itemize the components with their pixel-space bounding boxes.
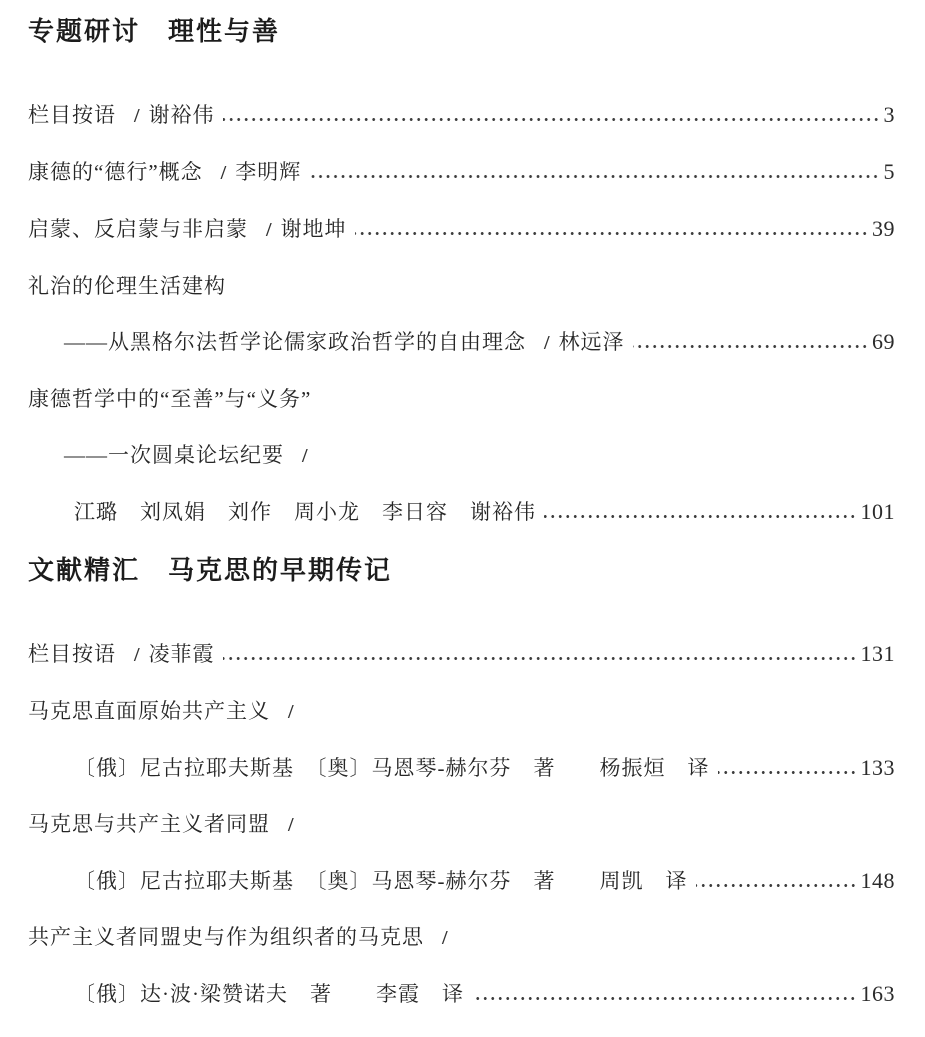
author-separator: / [288,810,294,840]
entry-subtitle: ——从黑格尔法哲学论儒家政治哲学的自由理念 [64,327,526,357]
entry-page: 3 [884,100,896,130]
author-separator: / [266,215,272,245]
author-separator: / [544,328,550,358]
author-separator: / [221,158,227,188]
entry-title: 康德的“德行”概念 [28,157,203,187]
dotted-leader [309,174,879,179]
entry-author: 凌菲霞 [149,639,215,669]
author-separator: / [288,697,294,727]
entry-title: 共产主义者同盟史与作为组织者的马克思 [28,922,424,952]
toc-entry: 礼治的伦理生活建构 [28,271,895,301]
entry-author: 谢地坤 [281,214,347,244]
dotted-leader [696,883,857,888]
toc-entry-authors: 〔俄〕尼古拉耶夫斯基 〔奥〕马恩琴-赫尔芬 著 周凯 译 148 [28,866,895,896]
entry-title: 礼治的伦理生活建构 [28,271,226,301]
entry-title: 启蒙、反启蒙与非启蒙 [28,214,248,244]
entry-page: 131 [861,639,896,669]
entry-title: 栏目按语 [28,639,116,669]
entry-author: 李明辉 [235,157,301,187]
section-heading-label: 专题研讨 [28,17,140,46]
entry-title: 马克思直面原始共产主义 [28,696,270,726]
entry-page: 39 [872,214,895,244]
toc-entry-authors: 江璐 刘凤娟 刘作 周小龙 李日容 谢裕伟 101 [28,497,895,527]
toc-entry-continuation: ——从黑格尔法哲学论儒家政治哲学的自由理念 / 林远泽 69 [28,327,895,358]
entry-subtitle: ——一次圆桌论坛纪要 [64,440,284,470]
toc-entry: 康德的“德行”概念 / 李明辉 5 [28,157,895,188]
toc-entry-authors: 〔俄〕达·波·梁赞诺夫 著 李霞 译 163 [28,979,895,1009]
toc-page: 专题研讨理性与善 栏目按语 / 谢裕伟 3 康德的“德行”概念 / 李明辉 5 … [0,0,925,1037]
toc-section-special-topic: 专题研讨理性与善 栏目按语 / 谢裕伟 3 康德的“德行”概念 / 李明辉 5 … [28,14,895,527]
toc-entry: 启蒙、反启蒙与非启蒙 / 谢地坤 39 [28,214,895,245]
entry-page: 163 [861,979,896,1009]
section-heading-title: 马克思的早期传记 [168,556,392,585]
entry-title: 栏目按语 [28,100,116,130]
dotted-leader [223,656,857,661]
entry-page: 69 [872,327,895,357]
toc-entry-continuation: ——一次圆桌论坛纪要 / [28,440,895,471]
author-separator: / [134,101,140,131]
dotted-leader [472,996,857,1001]
section-heading: 文献精汇马克思的早期传记 [28,553,895,589]
entry-title: 马克思与共产主义者同盟 [28,809,270,839]
toc-entry-authors: 〔俄〕尼古拉耶夫斯基 〔奥〕马恩琴-赫尔芬 著 杨振烜 译 133 [28,753,895,783]
entry-author: 谢裕伟 [149,100,215,130]
toc-entry: 马克思直面原始共产主义 / [28,696,895,727]
author-separator: / [134,640,140,670]
toc-entry: 马克思与共产主义者同盟 / [28,809,895,840]
entry-title: 康德哲学中的“至善”与“义务” [28,384,311,414]
section-heading: 专题研讨理性与善 [28,14,895,50]
entry-page: 133 [861,753,896,783]
author-separator: / [442,923,448,953]
entry-author: 林远泽 [559,327,625,357]
dotted-leader [718,770,857,775]
author-separator: / [302,441,308,471]
entry-page: 148 [861,866,896,896]
toc-section-documents: 文献精汇马克思的早期传记 栏目按语 / 凌菲霞 131 马克思直面原始共产主义 … [28,553,895,1009]
section-heading-label: 文献精汇 [28,556,140,585]
entry-page: 5 [884,157,896,187]
toc-entry: 栏目按语 / 谢裕伟 3 [28,100,895,131]
toc-entry: 栏目按语 / 凌菲霞 131 [28,639,895,670]
section-heading-title: 理性与善 [168,17,280,46]
dotted-leader [633,344,868,349]
toc-entry: 共产主义者同盟史与作为组织者的马克思 / [28,922,895,953]
entry-page: 101 [861,497,896,527]
entry-author-list: 〔俄〕尼古拉耶夫斯基 〔奥〕马恩琴-赫尔芬 著 杨振烜 译 [74,753,710,783]
dotted-leader [544,514,857,519]
entry-author-list: 〔俄〕达·波·梁赞诺夫 著 李霞 译 [74,979,464,1009]
toc-entry: 康德哲学中的“至善”与“义务” [28,384,895,414]
dotted-leader [355,231,868,236]
dotted-leader [223,117,880,122]
entry-author-list: 江璐 刘凤娟 刘作 周小龙 李日容 谢裕伟 [74,497,536,527]
entry-author-list: 〔俄〕尼古拉耶夫斯基 〔奥〕马恩琴-赫尔芬 著 周凯 译 [74,866,688,896]
